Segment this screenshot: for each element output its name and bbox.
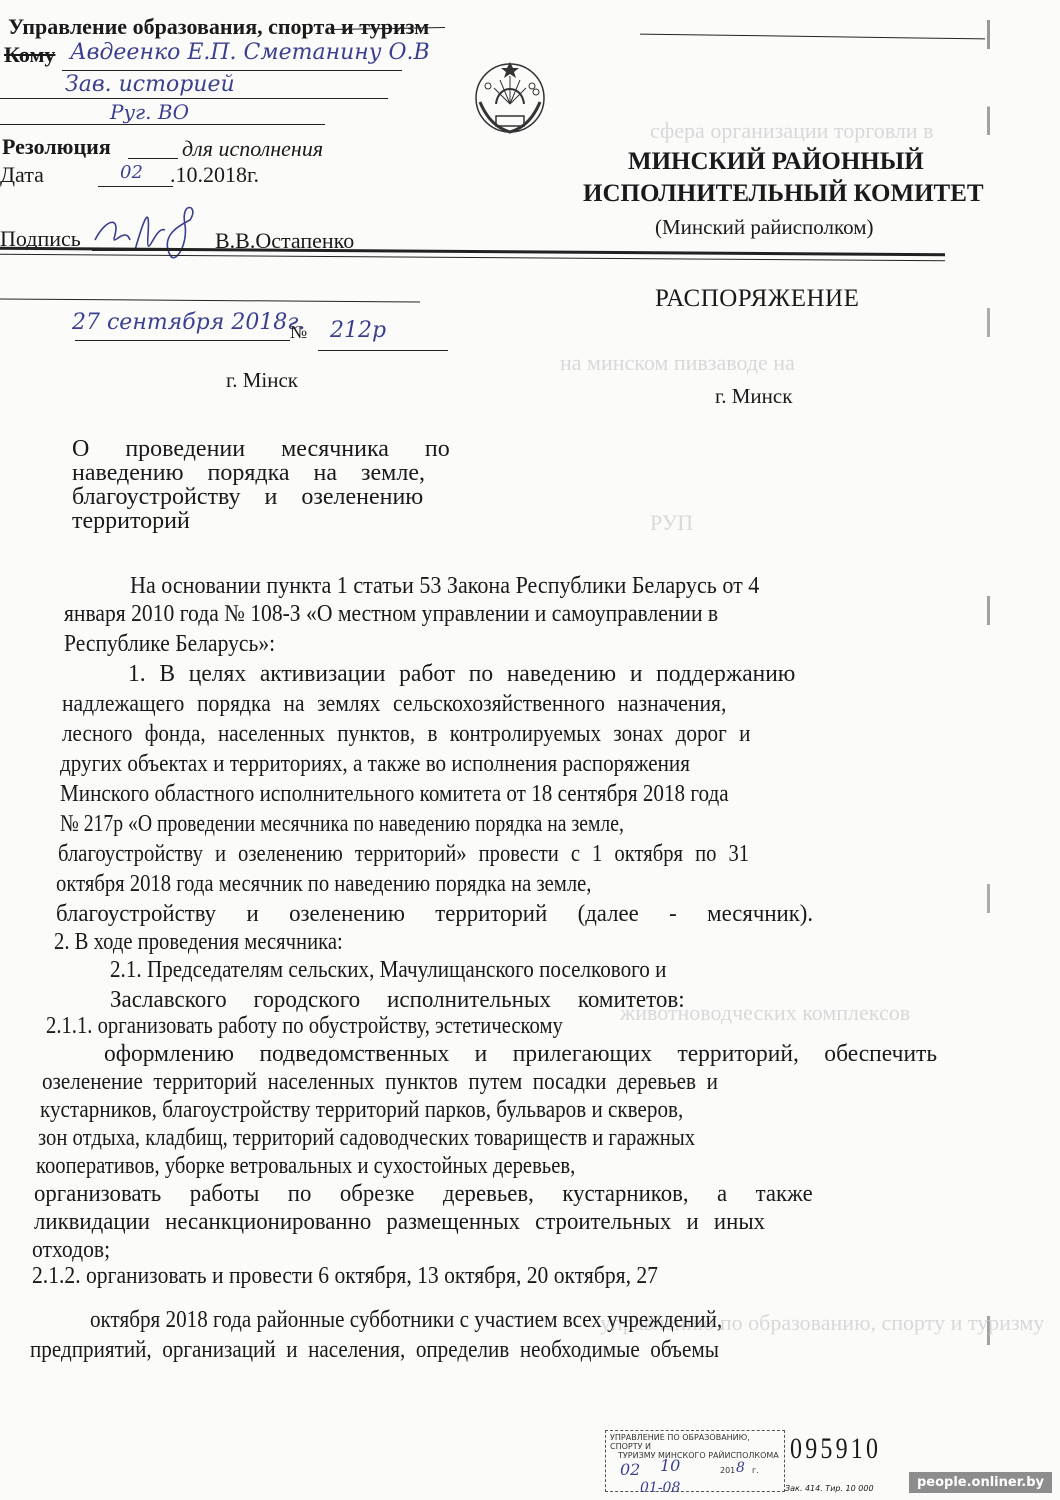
- to-label: Кому: [4, 42, 55, 68]
- body-line: Минского областного исполнительного коми…: [60, 780, 729, 809]
- page-edge-shadow: [987, 20, 990, 1460]
- body-line: благоустройству и озеленению территорий»…: [58, 840, 749, 869]
- registration-number-label: №: [290, 322, 307, 343]
- date-handwritten: 02: [120, 162, 143, 183]
- body-line: оформлению подведомственных и прилегающи…: [104, 1040, 937, 1069]
- city-left: г. Мінск: [226, 368, 298, 393]
- city-right: г. Минск: [715, 384, 792, 409]
- body-line: 2.1.1. организовать работу по обустройст…: [46, 1012, 563, 1041]
- incoming-registration-stamp: УПРАВЛЕНИЕ ПО ОБРАЗОВАНИЮ, СПОРТУ И ТУРИ…: [605, 1430, 785, 1492]
- watermark: people.onliner.by: [909, 1472, 1052, 1493]
- body-line: 1. В целях активизации работ по наведени…: [128, 660, 795, 689]
- registration-date-handwritten: 27 сентября 2018г.: [72, 310, 305, 335]
- serial-number: 095910: [790, 1432, 881, 1466]
- registration-number-handwritten: 212р: [330, 318, 386, 343]
- stamp-year-suffix: 8: [736, 1460, 745, 1476]
- title-line: благоустройству и озеленению: [72, 486, 423, 508]
- date-value: .10.2018г.: [170, 162, 259, 188]
- title-line: О проведении месячника по: [72, 438, 450, 460]
- body-line: других объектах и территориях, а также в…: [60, 750, 690, 779]
- issuer-name-line1: МИНСКИЙ РАЙОННЫЙ: [628, 148, 924, 176]
- title-line: территорий: [72, 510, 190, 532]
- stamp-reg-number: 01-08: [640, 1480, 780, 1496]
- body-line: предприятий, организаций и населения, оп…: [30, 1336, 719, 1365]
- body-line: зон отдыха, кладбищ, территорий садоводч…: [38, 1124, 695, 1153]
- issuer-short-name: (Минский райисполком): [655, 215, 873, 240]
- body-line: ликвидации несанкционированно размещенны…: [34, 1208, 765, 1237]
- stamp-line1: УПРАВЛЕНИЕ ПО ОБРАЗОВАНИЮ, СПОРТУ И: [610, 1433, 780, 1451]
- date-label: Дата: [0, 162, 44, 188]
- body-line: 2.1.2. организовать и провести 6 октября…: [32, 1262, 658, 1291]
- addressee-title-handwritten: Зав. историей: [65, 72, 235, 97]
- org-header: Управление образования, спорта и туризм: [8, 14, 429, 40]
- signature-scribble-icon: [90, 195, 210, 270]
- addressee-handwritten: Авдеенко Е.П. Сметанину О.В: [70, 40, 430, 65]
- body-line: 2. В ходе проведения месячника:: [54, 928, 343, 957]
- body-line: октября 2018 года районные субботники с …: [90, 1306, 722, 1335]
- title-line: наведению порядка на земле,: [72, 462, 425, 484]
- issuer-name-line2: ИСПОЛНИТЕЛЬНЫЙ КОМИТЕТ: [583, 180, 984, 208]
- stamp-year-suffix-label: г.: [752, 1466, 759, 1475]
- body-line: лесного фонда, населенных пунктов, в кон…: [62, 720, 750, 749]
- body-line: На основании пункта 1 статьи 53 Закона Р…: [130, 572, 759, 601]
- coat-of-arms-icon: [470, 56, 550, 140]
- resolution-label: Резолюция: [2, 134, 111, 160]
- body-line: отходов;: [32, 1236, 110, 1265]
- stamp-year-prefix: 201: [720, 1466, 735, 1475]
- body-line: озеленение территорий населенных пунктов…: [42, 1068, 718, 1097]
- stamp-line2: ТУРИЗМУ МИНСКОГО РАЙИСПОЛКОМА: [618, 1451, 780, 1460]
- stamp-month: 10: [660, 1456, 680, 1475]
- body-line: Республике Беларусь»:: [64, 630, 275, 659]
- body-line: благоустройству и озеленению территорий …: [56, 900, 813, 929]
- body-line: организовать работы по обрезке деревьев,…: [34, 1180, 813, 1209]
- print-info: Зак. 414. Тир. 10 000: [785, 1484, 874, 1493]
- body-line: октября 2018 года месячник по наведению …: [56, 870, 591, 899]
- body-line: № 217р «О проведении месячника по наведе…: [60, 810, 624, 839]
- body-line: Заславского городского исполнительных ко…: [110, 986, 685, 1015]
- stamp-day: 02: [620, 1460, 640, 1479]
- body-line: января 2010 года № 108-З «О местном упра…: [64, 600, 718, 629]
- resolution-value: для исполнения: [182, 136, 323, 162]
- body-line: кооперативов, уборке ветровальных и сухо…: [36, 1152, 575, 1181]
- document-type: РАСПОРЯЖЕНИЕ: [655, 285, 859, 313]
- body-line: кустарников, благоустройству территорий …: [40, 1096, 683, 1125]
- body-line: надлежащего порядка на землях сельскохоз…: [62, 690, 726, 719]
- body-line: 2.1. Председателям сельских, Мачулищанск…: [110, 956, 666, 985]
- addressee-note-handwritten: Руг. ВО: [110, 100, 189, 124]
